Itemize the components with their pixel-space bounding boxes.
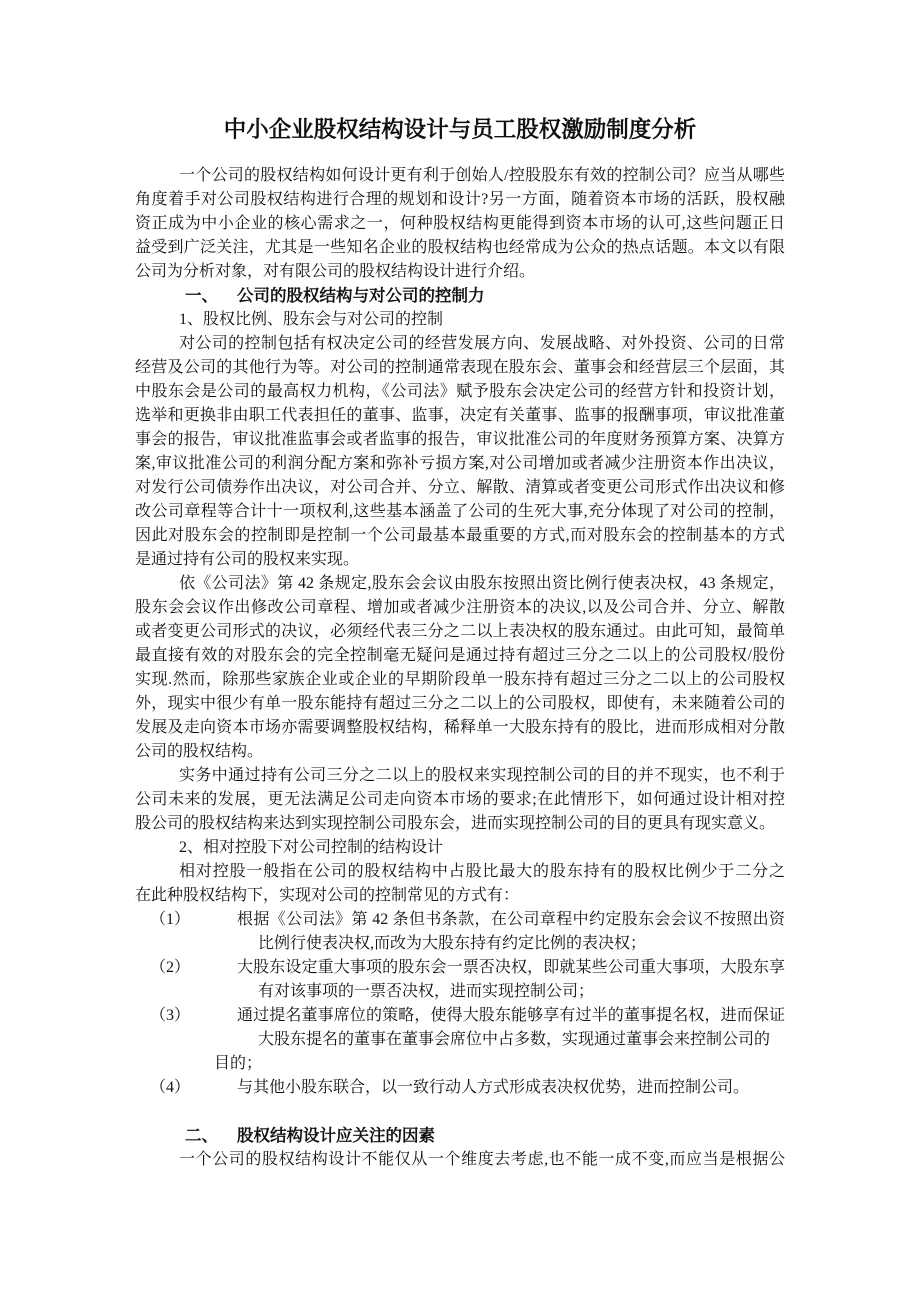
text-line: 实务中通过持有公司三分之二以上的股权来实现控制公司的目的并不现实，也不利于 xyxy=(135,764,785,788)
document-body: 一个公司的股权结构如何设计更有利于创始人/控股股东有效的控制公司？应当从哪些角度… xyxy=(135,164,785,1172)
text-line: 大股东提名的董事在董事会席位中占多数，实现通过董事会来控制公司的 xyxy=(135,1028,785,1052)
text-line: 选举和更换非由职工代表担任的董事、监事，决定有关董事、监事的报酬事项，审议批准董 xyxy=(135,404,785,428)
text-line: 发展及走向资本市场亦需要调整股权结构，稀释单一大股东持有的股比，进而形成相对分散 xyxy=(135,716,785,740)
text-line: 因此对股东会的控制即是控制一个公司最基本最重要的方式,而对股东会的控制基本的方式 xyxy=(135,524,785,548)
document-page: 中小企业股权结构设计与员工股权激励制度分析 一个公司的股权结构如何设计更有利于创… xyxy=(0,0,920,1302)
text-line: 最直接有效的对股东会的完全控制毫无疑问是通过持有超过三分之二以上的公司股权/股份 xyxy=(135,644,785,668)
line-text: 大股东设定重大事项的股东会一票否决权，即就某些公司重大事项，大股东享 xyxy=(237,956,785,980)
blank-line xyxy=(135,1100,785,1124)
title-spacer xyxy=(135,148,785,164)
text-line: 资正成为中小企业的核心需求之一，何种股权结构更能得到资本市场的认可,这些问题正日 xyxy=(135,212,785,236)
item-number: （3） xyxy=(150,1004,190,1028)
text-line: 是通过持有公司的股权来实现。 xyxy=(135,548,785,572)
text-line: 对公司的控制包括有权决定公司的经营发展方向、发展战略、对外投资、公司的日常 xyxy=(135,332,785,356)
line-text: 与其他小股东联合，以一致行动人方式形成表决权优势，进而控制公司。 xyxy=(237,1076,785,1100)
line-text: 通过提名董事席位的策略，使得大股东能够享有过半的董事提名权，进而保证 xyxy=(237,1004,785,1028)
text-line: 比例行使表决权,而改为大股东持有约定比例的表决权； xyxy=(135,932,785,956)
text-line: 外，现实中很少有单一股东能持有超过三分之二以上的公司股权，即使有，未来随着公司的 xyxy=(135,692,785,716)
text-line: 在此种股权结构下，实现对公司的控制常见的方式有： xyxy=(135,884,785,908)
line-text: 根据《公司法》第 42 条但书条款，在公司章程中约定股东会会议不按照出资 xyxy=(237,908,785,932)
item-number: 二、 xyxy=(185,1124,218,1148)
text-line: 或者变更公司形式的决议，必须经代表三分之二以上表决权的股东通过。由此可知，最简单 xyxy=(135,620,785,644)
text-line: 股公司的股权结构来达到实现控制公司股东会，进而实现控制公司的目的更具有现实意义。 xyxy=(135,812,785,836)
item-number: （1） xyxy=(150,908,190,932)
text-line: 公司的股权结构。 xyxy=(135,740,785,764)
line-text: 股权结构设计应关注的因素 xyxy=(237,1124,785,1148)
text-line: 一个公司的股权结构设计不能仅从一个维度去考虑,也不能一成不变,而应当是根据公 xyxy=(135,1148,785,1172)
document-title: 中小企业股权结构设计与员工股权激励制度分析 xyxy=(135,112,785,148)
list-item-line: （1）根据《公司法》第 42 条但书条款，在公司章程中约定股东会会议不按照出资 xyxy=(135,908,785,932)
text-line: 实现.然而，除那些家族企业或企业的早期阶段单一股东持有超过三分之二以上的公司股权 xyxy=(135,668,785,692)
text-line: 一个公司的股权结构如何设计更有利于创始人/控股股东有效的控制公司？应当从哪些 xyxy=(135,164,785,188)
text-line: 股东会会议作出修改公司章程、增加或者减少注册资本的决议,以及公司合并、分立、解散 xyxy=(135,596,785,620)
item-number: （2） xyxy=(150,956,190,980)
text-line: 相对控股一般指在公司的股权结构中占股比最大的股东持有的股权比例少于二分之一， xyxy=(135,860,785,884)
list-item-line: （3）通过提名董事席位的策略，使得大股东能够享有过半的董事提名权，进而保证 xyxy=(135,1004,785,1028)
text-line: 目的； xyxy=(135,1052,785,1076)
text-line: 中股东会是公司的最高权力机构，《公司法》赋予股东会决定公司的经营方针和投资计划， xyxy=(135,380,785,404)
text-line: 2、相对控股下对公司控制的结构设计 xyxy=(135,836,785,860)
line-text: 公司的股权结构与对公司的控制力 xyxy=(237,284,785,308)
section-heading: 二、股权结构设计应关注的因素 xyxy=(135,1124,785,1148)
item-number: （4） xyxy=(150,1076,190,1100)
text-line: 有对该事项的一票否决权，进而实现控制公司； xyxy=(135,980,785,1004)
section-heading: 一、公司的股权结构与对公司的控制力 xyxy=(135,284,785,308)
list-item-line: （4）与其他小股东联合，以一致行动人方式形成表决权优势，进而控制公司。 xyxy=(135,1076,785,1100)
text-line: 事会的报告，审议批准监事会或者监事的报告，审议批准公司的年度财务预算方案、决算方 xyxy=(135,428,785,452)
text-line: 对发行公司债券作出决议，对公司合并、分立、解散、清算或者变更公司形式作出决议和修 xyxy=(135,476,785,500)
text-line: 依《公司法》第 42 条规定,股东会会议由股东按照出资比例行使表决权，43 条规… xyxy=(135,572,785,596)
text-line: 益受到广泛关注，尤其是一些知名企业的股权结构也经常成为公众的热点话题。本文以有限 xyxy=(135,236,785,260)
text-line: 公司未来的发展，更无法满足公司走向资本市场的要求;在此情形下，如何通过设计相对控 xyxy=(135,788,785,812)
text-line: 公司为分析对象，对有限公司的股权结构设计进行介绍。 xyxy=(135,260,785,284)
document-content: 中小企业股权结构设计与员工股权激励制度分析 一个公司的股权结构如何设计更有利于创… xyxy=(135,112,785,1172)
item-number: 一、 xyxy=(185,284,218,308)
text-line: 案,审议批准公司的利润分配方案和弥补亏损方案,对公司增加或者减少注册资本作出决议… xyxy=(135,452,785,476)
list-item-line: （2）大股东设定重大事项的股东会一票否决权，即就某些公司重大事项，大股东享 xyxy=(135,956,785,980)
text-line: 经营及公司的其他行为等。对公司的控制通常表现在股东会、董事会和经营层三个层面，其 xyxy=(135,356,785,380)
text-line: 角度着手对公司股权结构进行合理的规划和设计?另一方面，随着资本市场的活跃，股权融 xyxy=(135,188,785,212)
text-line: 改公司章程等合计十一项权利,这些基本涵盖了公司的生死大事,充分体现了对公司的控制… xyxy=(135,500,785,524)
text-line: 1、股权比例、股东会与对公司的控制 xyxy=(135,308,785,332)
